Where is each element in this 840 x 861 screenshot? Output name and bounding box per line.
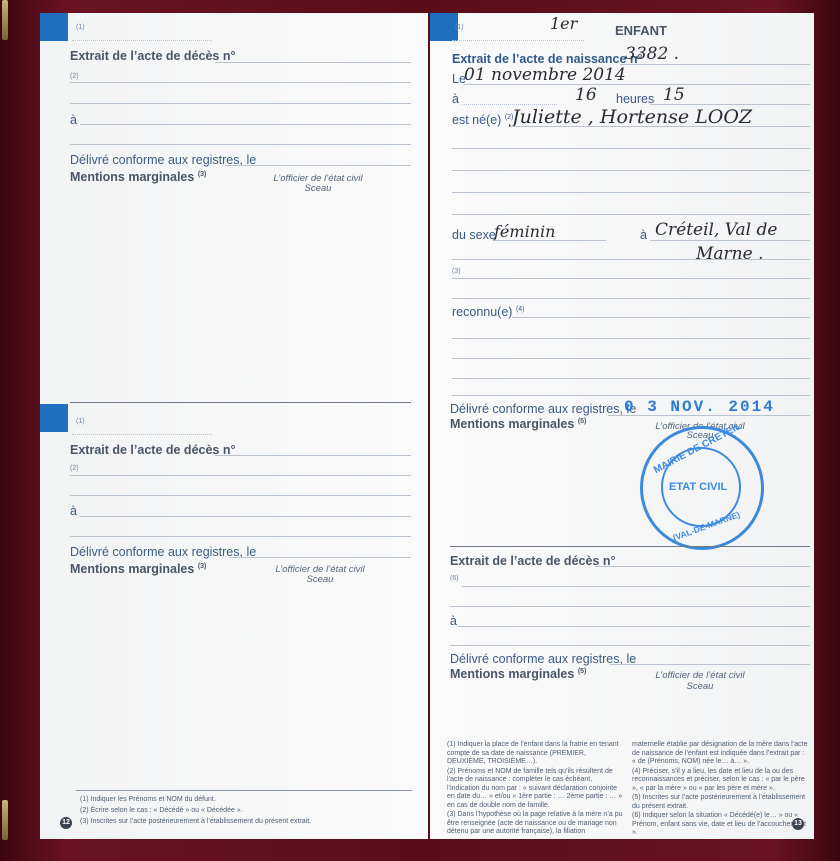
- left-page: [40, 13, 428, 839]
- footnote: (1) Indiquer les Prénoms et NOM du défun…: [80, 796, 216, 805]
- footnote: (1) Indiquer la place de l’enfant dans l…: [447, 741, 625, 767]
- note-marker: (5): [578, 418, 587, 425]
- blue-tab: [40, 13, 68, 41]
- footnote: maternelle établie par désignation de la…: [632, 741, 810, 767]
- note-marker: (3): [198, 563, 207, 570]
- delivered-label: Délivré conforme aux registres, le: [70, 545, 256, 559]
- stamp-center-text: ETAT CIVIL: [669, 481, 727, 493]
- entry-line: [452, 278, 810, 279]
- delivered-date-stamp: 0 3 NOV. 2014: [624, 398, 775, 416]
- marginal-mentions-label: Mentions marginales (3): [70, 562, 206, 576]
- rank-handwritten: 1er: [550, 14, 577, 33]
- name-line: [72, 40, 212, 41]
- sex-label: du sexe: [452, 228, 496, 242]
- entry-line: [608, 415, 810, 416]
- footnote: (4) Préciser, s’il y a lieu, les date et…: [632, 768, 810, 794]
- entry-line: [595, 566, 810, 567]
- recognized-text: reconnu(e): [452, 305, 512, 319]
- hours-label: heures: [616, 92, 654, 106]
- entry-line: [452, 170, 810, 171]
- marginal-mentions-label: Mentions marginales (5): [450, 667, 586, 681]
- entry-line: [464, 84, 810, 85]
- marginal-mentions-label: Mentions marginales (5): [450, 417, 586, 431]
- seal-label: Sceau: [248, 183, 388, 194]
- entry-line: [230, 557, 411, 558]
- entry-line: [70, 495, 411, 496]
- entry-line: [610, 664, 810, 665]
- section-divider: [450, 546, 810, 547]
- note-marker: (2): [70, 73, 79, 80]
- entry-line: [452, 148, 810, 149]
- entry-line: [452, 298, 810, 299]
- entry-line: [225, 165, 411, 166]
- note-marker: (3): [452, 268, 461, 275]
- footnote: (2) Écrire selon le cas : « Décédé » ou …: [80, 807, 243, 816]
- entry-line: [452, 192, 810, 193]
- marginal-mentions-label: Mentions marginales (3): [70, 170, 206, 184]
- entry-line: [510, 126, 810, 127]
- entry-line: [512, 317, 810, 318]
- footnote: (2) Prénoms et NOM de famille tels qu’il…: [447, 768, 625, 811]
- death-extract-title: Extrait de l’acte de décès n°: [450, 554, 616, 568]
- seal-label: Sceau: [630, 681, 770, 692]
- entry-line: [458, 626, 810, 627]
- page-number: 12: [60, 817, 72, 829]
- time-place-label: à: [452, 92, 459, 106]
- entry-line: [452, 338, 810, 339]
- born-text: est né(e): [452, 113, 501, 127]
- note-marker: (2): [70, 465, 79, 472]
- note-marker: (1): [76, 24, 85, 31]
- seal-label: Sceau: [250, 574, 390, 585]
- entry-line: [494, 240, 606, 241]
- rank-label: ENFANT: [615, 23, 667, 38]
- entry-line: [70, 103, 411, 104]
- officer-label: L’officier de l’état civil: [630, 670, 770, 681]
- entry-line: [452, 395, 810, 396]
- entry-line: [650, 240, 810, 241]
- birth-extract-title: Extrait de l’acte de naissance n°: [452, 52, 643, 66]
- note-marker: (6): [450, 575, 459, 582]
- note-marker: (1): [455, 24, 464, 31]
- name-line: [72, 434, 212, 435]
- footnote-column-1: (1) Indiquer la place de l’enfant dans l…: [447, 741, 625, 837]
- section-divider: [70, 402, 411, 403]
- footnote: (3) Dans l’hypothèse où la page relative…: [447, 811, 625, 837]
- blue-tab: [40, 404, 68, 432]
- metal-corner: [2, 800, 8, 840]
- born-label: est né(e) (2): [452, 113, 513, 127]
- delivered-label: Délivré conforme aux registres, le: [450, 652, 636, 666]
- sex-handwritten: féminin: [494, 222, 555, 241]
- entry-line: [650, 104, 810, 105]
- entry-line: [215, 62, 411, 63]
- blue-tab: [430, 13, 458, 41]
- birthplace-handwritten: Créteil, Val de: [655, 220, 777, 240]
- footnote: (6) Indiquer selon la situation « Décédé…: [632, 812, 810, 838]
- entry-line: [70, 536, 411, 537]
- page-number: 13: [792, 818, 804, 830]
- rank-line: [452, 40, 584, 41]
- hour-handwritten: 16: [575, 85, 597, 105]
- mentions-text: Mentions marginales: [450, 417, 574, 431]
- entry-line: [70, 475, 411, 476]
- entry-line: [80, 516, 411, 517]
- date-handwritten: 01 novembre 2014: [464, 65, 626, 85]
- entry-line: [70, 144, 411, 145]
- entry-line: [80, 124, 411, 125]
- delivered-label: Délivré conforme aux registres, le: [450, 402, 636, 416]
- footnote: (3) Inscrites sur l’acte postérieurement…: [80, 818, 311, 827]
- town-hall-stamp: MAIRIE DE CRETEIL ETAT CIVIL (VAL-DE-MAR…: [640, 426, 764, 550]
- entry-line: [452, 259, 810, 260]
- footnote: (5) Inscrites sur l’acte postérieurement…: [632, 794, 810, 811]
- entry-line: [620, 64, 810, 65]
- entry-line: [452, 214, 810, 215]
- place-label: à: [70, 504, 77, 518]
- birthplace-handwritten-2: Marne .: [696, 244, 764, 264]
- death-extract-title: Extrait de l’acte de décès n°: [70, 49, 236, 63]
- place-label: à: [70, 113, 77, 127]
- entry-line: [70, 82, 411, 83]
- mentions-text: Mentions marginales: [70, 170, 194, 184]
- minute-handwritten: 15: [663, 85, 685, 105]
- mentions-text: Mentions marginales: [70, 562, 194, 576]
- child-name-handwritten: Juliette , Hortense LOOZ: [512, 106, 752, 128]
- footnote-column-2: maternelle établie par désignation de la…: [632, 741, 810, 838]
- entry-line: [215, 455, 411, 456]
- entry-line: [450, 606, 810, 607]
- note-marker: (3): [198, 171, 207, 178]
- note-marker: (4): [516, 306, 525, 313]
- entry-line: [462, 586, 810, 587]
- mentions-text: Mentions marginales: [450, 667, 574, 681]
- birth-number-handwritten: 3382 .: [625, 44, 679, 64]
- metal-corner: [2, 0, 8, 40]
- entry-line: [452, 378, 810, 379]
- entry-line: [450, 645, 810, 646]
- place-label: à: [450, 614, 457, 628]
- note-marker: (1): [76, 418, 85, 425]
- footnote-divider: [76, 790, 412, 791]
- death-extract-title: Extrait de l’acte de décès n°: [70, 443, 236, 457]
- birthplace-label: à: [640, 228, 647, 242]
- note-marker: (5): [578, 668, 587, 675]
- entry-line: [462, 104, 557, 105]
- entry-line: [452, 358, 810, 359]
